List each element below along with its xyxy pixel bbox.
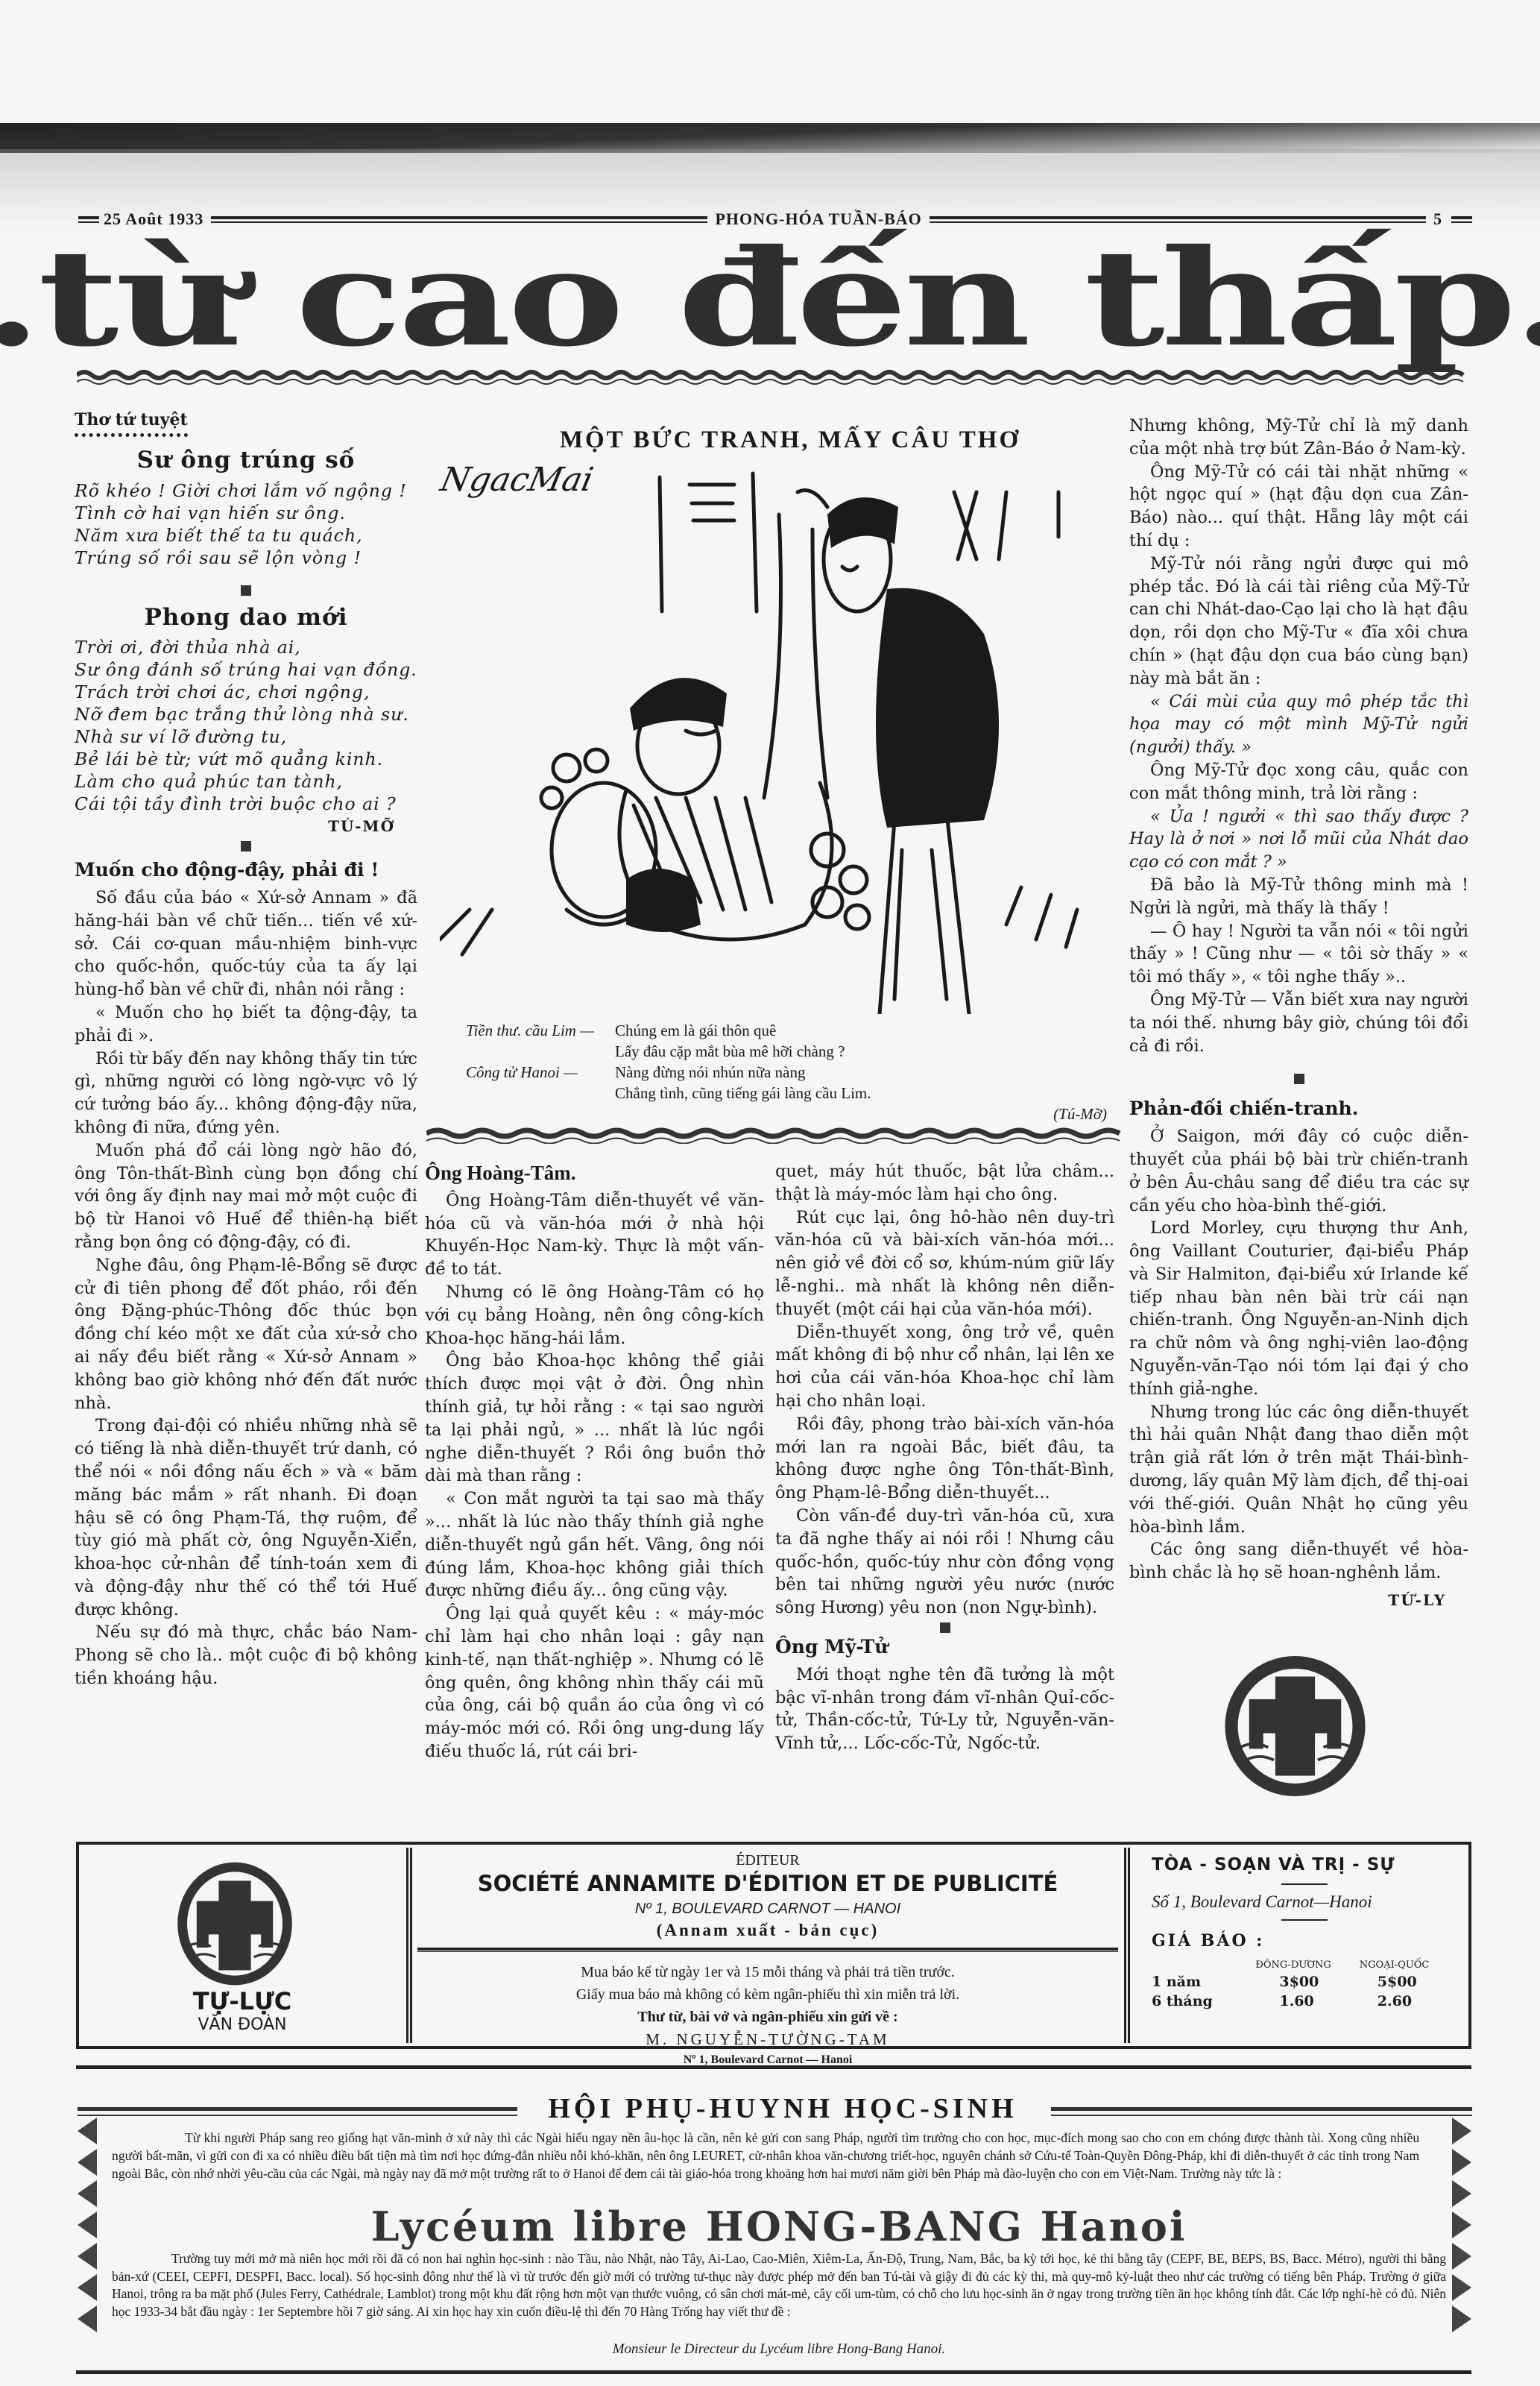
triangle-border-left xyxy=(78,2118,101,2337)
caption-speaker xyxy=(466,1083,615,1104)
price-indochina: 1.60 xyxy=(1255,1992,1359,2011)
price-period: 6 tháng xyxy=(1152,1992,1255,2011)
recipient-name: M. NGUYỄN-TƯỜNG-TAM xyxy=(417,2028,1118,2050)
poem-title: Phong dao mới xyxy=(75,606,417,629)
article-title: Muốn cho động-đậy, phải đi ! xyxy=(75,859,417,882)
article-paragraph: quet, máy hút thuốc, bật lửa châm... thậ… xyxy=(775,1160,1114,1206)
article-paragraph: Đã bảo là Mỹ-Tử thông minh mà ! Ngửi là … xyxy=(1129,874,1468,920)
article-paragraph: Lord Morley, cựu thượng thư Anh, ông Vai… xyxy=(1129,1217,1468,1400)
price-period: 1 năm xyxy=(1152,1972,1255,1992)
caption-speaker xyxy=(466,1041,615,1062)
article-paragraph: Số đầu của báo « Xứ-sở Annam » đã hăng-h… xyxy=(75,887,417,1001)
article-author: TỨ-LY xyxy=(1129,1589,1468,1612)
wavy-divider xyxy=(77,369,1471,385)
poem-line: Rõ khéo ! Giời chơi lắm vố ngộng ! xyxy=(75,479,417,502)
article-paragraph: Mới thoạt nghe tên đã tưởng là một bậc v… xyxy=(775,1663,1114,1755)
editeur-label: ÉDITEUR xyxy=(417,1852,1118,1869)
advert-address-line: Monsieur le Directeur du Lycéum libre Ho… xyxy=(112,2341,1446,2358)
poem-line: Trời ơi, đời thủa nhà ai, xyxy=(75,636,417,658)
tu-luc-emblem xyxy=(1222,1655,1368,1797)
wavy-divider xyxy=(426,1127,1123,1144)
poem-line: Làm cho quả phúc tan tành, xyxy=(75,770,417,793)
picture-title: MỘT BỨC TRANH, MẤY CÂU THƠ xyxy=(485,426,1096,454)
section-separator xyxy=(940,1622,950,1633)
article-paragraph: Rồi đây, phong trào bài-xích văn-hóa mới… xyxy=(775,1413,1114,1505)
caption-row: Tiền thư. cầu Lim — Chúng em là gái thôn… xyxy=(466,1020,1122,1041)
article-paragraph: Nhưng không, Mỹ-Tử chỉ là mỹ danh của mộ… xyxy=(1129,415,1468,461)
poem-line: Bẻ lái bè từ; vứt mõ quẳng kinh. xyxy=(75,748,417,770)
caption-line: Lấy đâu cặp mắt bùa mê hỡi chàng ? xyxy=(615,1041,845,1062)
poem-title: Sư ông trúng số xyxy=(75,449,417,472)
poem-line: Trách trời chơi ác, chơi ngộng, xyxy=(75,681,417,703)
advert-rule xyxy=(1051,2107,1472,2116)
article-paragraph: — Ô hay ! Người ta vẫn nói « tôi ngửi th… xyxy=(1129,920,1468,989)
section-separator xyxy=(241,585,251,596)
cartoon-illustration xyxy=(440,462,1111,1014)
publisher-address: Nº 1, BOULEVARD CARNOT — HANOI xyxy=(417,1901,1118,1918)
article-paragraph: Còn vấn-đề duy-trì văn-hóa cũ, xưa ta đã… xyxy=(775,1505,1114,1619)
caption-line: Chẳng tình, cũng tiếng gái làng cầu Lim. xyxy=(615,1083,871,1104)
article-paragraph: Muốn phá đổ cái lòng ngờ hão đó, ông Tôn… xyxy=(75,1139,417,1254)
office-block: TÒA - SOẠN VÀ TRỊ - SỰ Số 1, Boulevard C… xyxy=(1152,1855,1457,2011)
article-paragraph: Rút cục lại, ông hô-hào nên duy-trì văn-… xyxy=(775,1206,1114,1321)
advert-intro: Từ khi người Pháp sang reo giống hạt văn… xyxy=(112,2129,1419,2182)
article-paragraph: Diễn-thuyết xong, ông trở về, quên mất k… xyxy=(775,1321,1114,1413)
column-2: Ông Hoàng-Tâm. Ông Hoàng-Tâm diễn-thuyết… xyxy=(425,1160,764,1763)
divider xyxy=(1124,1848,1130,2043)
poem-line: Cái tội tầy đình trời buộc cho ai ? xyxy=(75,793,417,815)
price-header: NGOẠI-QUỐC xyxy=(1360,1958,1457,1972)
column-1: Thơ tứ tuyệt Sư ông trúng số Rõ khéo ! G… xyxy=(75,409,417,1690)
price-foreign: 2.60 xyxy=(1360,1992,1457,2011)
publisher-block: ÉDITEUR SOCIÉTÉ ANNAMITE D'ÉDITION ET DE… xyxy=(417,1852,1118,2070)
rule xyxy=(417,1948,1118,1952)
article-paragraph: Rồi từ bấy đến nay không thấy tin tức gì… xyxy=(75,1048,417,1139)
subscription-note: Mua báo kể từ ngày 1er và 15 mỗi tháng v… xyxy=(417,1961,1118,1983)
poem-line: Trúng số rồi sau sẽ lộn vòng ! xyxy=(75,547,417,569)
price-header xyxy=(1152,1958,1255,1972)
poem-line: Sư ông đánh số trúng hai vạn đồng. xyxy=(75,658,417,681)
article-paragraph: Ở Saigon, mới đây có cuộc diễn-thuyết củ… xyxy=(1129,1125,1468,1217)
advert-body: Trường tuy mới mở mà niên học mới rồi đã… xyxy=(112,2250,1446,2320)
picture-caption: Tiền thư. cầu Lim — Chúng em là gái thôn… xyxy=(466,1020,1122,1124)
caption-line: Chúng em là gái thôn quê xyxy=(615,1020,776,1041)
caption-speaker: Tiền thư. cầu Lim — xyxy=(466,1020,615,1041)
price-row: 6 tháng 1.60 2.60 xyxy=(1152,1992,1457,2011)
caption-row: Chẳng tình, cũng tiếng gái làng cầu Lim. xyxy=(466,1083,1122,1104)
school-name: Lycéum libre HONG-BANG Hanoi xyxy=(112,2204,1446,2249)
article-paragraph: Ông Hoàng-Tâm diễn-thuyết về văn-hóa cũ … xyxy=(425,1189,764,1281)
poem-line: Nhà sư ví lỡ đường tu, xyxy=(75,725,417,748)
quote-paragraph: « Ủa ! ngưởi « thì sao thấy được ? Hay l… xyxy=(1129,805,1468,874)
advert-title: HỘI PHỤ-HUYNH HỌC-SINH xyxy=(522,2092,1044,2125)
poem-author: TÚ-MỠ xyxy=(75,815,417,838)
article-paragraph: Ông Mỹ-Tử đọc xong câu, quắc con con mắt… xyxy=(1129,759,1468,805)
poem-line: Tình cờ hai vạn hiến sư ông. xyxy=(75,502,417,524)
publisher-name: SOCIÉTÉ ANNAMITE D'ÉDITION ET DE PUBLICI… xyxy=(417,1871,1118,1896)
publisher-vn-name: (Annam xuất - bản cục) xyxy=(417,1921,1118,1940)
article-paragraph: Ông lại quả quyết kêu : « máy-móc chỉ là… xyxy=(425,1602,764,1763)
rule xyxy=(1281,1883,1328,1885)
rule xyxy=(1281,1919,1328,1921)
price-header-row: ĐÔNG-DƯƠNG NGOẠI-QUỐC xyxy=(1152,1958,1457,1972)
caption-line: Nàng đừng nói nhún nữa nàng xyxy=(615,1062,805,1083)
quote-paragraph: « Cái mùi của quy mô phép tắc thì họa ma… xyxy=(1129,690,1468,759)
page-masthead: ...từ cao đến thấp... xyxy=(0,239,1540,358)
office-address: Số 1, Boulevard Carnot—Hanoi xyxy=(1152,1892,1457,1912)
article-title: Ông Hoàng-Tâm. xyxy=(425,1162,764,1185)
price-header: ĐÔNG-DƯƠNG xyxy=(1255,1958,1359,1972)
advert-rule xyxy=(78,2107,517,2116)
column-3: quet, máy hút thuốc, bật lửa châm... thậ… xyxy=(775,1160,1114,1755)
price-foreign: 5$00 xyxy=(1360,1972,1457,1992)
logo-subtext: VĂN ĐOÀN xyxy=(97,2015,388,2034)
column-4: Nhưng không, Mỹ-Tử chỉ là mỹ danh của mộ… xyxy=(1129,415,1468,1612)
section-separator xyxy=(241,841,251,852)
price-table: ĐÔNG-DƯƠNG NGOẠI-QUỐC 1 năm 3$00 5$00 6 … xyxy=(1152,1958,1457,2011)
article-title: Ông Mỹ-Tử xyxy=(775,1636,1114,1659)
mail-instruction: Thư từ, bài vở và ngân-phiếu xin gửi về … xyxy=(417,2006,1118,2028)
price-title: GIÁ BÁO : xyxy=(1152,1931,1457,1951)
caption-credit: (Tú-Mỡ) xyxy=(466,1104,1122,1124)
caption-row: Công tử Hanoi — Nàng đừng nói nhún nữa n… xyxy=(466,1062,1122,1083)
caption-row: Lấy đâu cặp mắt bùa mê hỡi chàng ? xyxy=(466,1041,1122,1062)
article-paragraph: Nếu sự đó mà thực, chắc báo Nam-Phong sẽ… xyxy=(75,1621,417,1690)
poem-line: Nỡ đem bạc trắng thử lòng nhà sư. xyxy=(75,703,417,725)
logo-text: TỰ-LỰC xyxy=(97,1987,388,2015)
article-paragraph: Mỹ-Tử nói rằng ngửi được qui mô phép tắc… xyxy=(1129,553,1468,690)
article-title: Phản-đối chiến-tranh. xyxy=(1129,1098,1468,1121)
article-paragraph: Trong đại-đội có nhiều những nhà sẽ có t… xyxy=(75,1414,417,1621)
poem-label: Thơ tứ tuyệt xyxy=(75,409,188,437)
article-paragraph: Ông bảo Khoa-học không thể giải thích đư… xyxy=(425,1350,764,1488)
triangle-border-right xyxy=(1452,2118,1476,2337)
article-paragraph: Các ông sang diễn-thuyết về hòa-bình chắ… xyxy=(1129,1538,1468,1584)
subscription-note: Giấy mua báo mà không có kèm ngân-phiếu … xyxy=(417,1983,1118,2006)
section-separator xyxy=(1294,1074,1304,1084)
price-row: 1 năm 3$00 5$00 xyxy=(1152,1972,1457,1992)
scan-edge-shadow xyxy=(0,123,1540,153)
tu-luc-logo: TỰ-LỰC VĂN ĐOÀN xyxy=(104,1860,388,2034)
article-paragraph: Nhưng có lẽ ông Hoàng-Tâm có họ với cụ b… xyxy=(425,1281,764,1350)
article-paragraph: Nghe đâu, ông Phạm-lê-Bổng sẽ được cử đi… xyxy=(75,1254,417,1415)
article-paragraph: « Muốn cho họ biết ta động-đậy, ta phải … xyxy=(75,1001,417,1048)
poem-line: Năm xưa biết thế ta tu quách, xyxy=(75,524,417,547)
article-paragraph: Nhưng trong lúc các ông diễn-thuyết thì … xyxy=(1129,1401,1468,1539)
price-indochina: 3$00 xyxy=(1255,1972,1359,1992)
office-title: TÒA - SOẠN VÀ TRỊ - SỰ xyxy=(1152,1855,1457,1875)
caption-speaker: Công tử Hanoi — xyxy=(466,1062,615,1083)
article-paragraph: Ông Mỹ-Tử — Vẫn biết xưa nay người ta nó… xyxy=(1129,989,1468,1057)
article-paragraph: Ông Mỹ-Tử có cái tài nhặt những « hột ng… xyxy=(1129,461,1468,553)
article-paragraph: « Con mắt người ta tại sao mà thấy »... … xyxy=(425,1488,764,1602)
divider xyxy=(406,1848,412,2043)
